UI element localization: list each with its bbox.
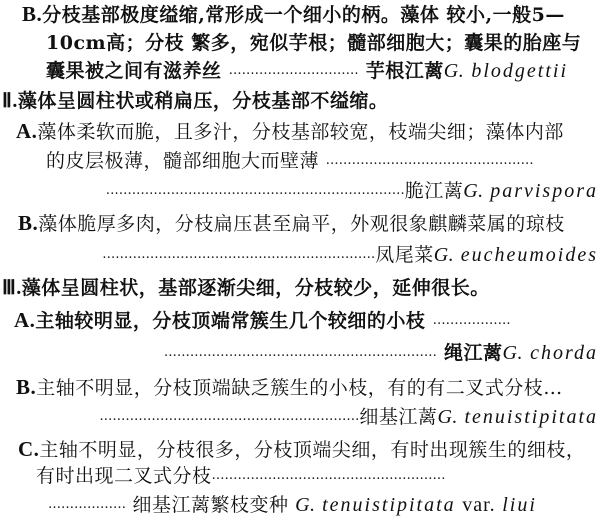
entry-marker: B.	[18, 211, 38, 235]
key-entry-a-chorda-line1: A.主轴较明显，分枝顶端常簇生几个较细的小枝 ………………	[14, 307, 511, 333]
genus-abbreviation: G.	[437, 406, 457, 428]
taxonomic-key-page: B.分枝基部极度缢缩,常形成一个细小的柄。藻体 较小,一般5— 10cm高；分枝…	[0, 0, 600, 519]
section-marker: Ⅱ.	[2, 90, 18, 112]
key-heading-iii: Ⅲ.藻体呈圆柱状，基部逐渐尖细，分枝较少，延伸很长。	[2, 275, 490, 301]
leader-dots: …………………………………………	[326, 153, 534, 168]
species-chinese-name: 脆江蓠	[405, 180, 464, 202]
entry-text: 藻体脆厚多肉，分枝扁压甚至扁平，外观很象麒麟菜属的琼枝	[38, 213, 565, 235]
leader-dots: …………………………	[229, 63, 359, 78]
entry-text: 分枝基部极度缢缩,常形成一个细小的柄。藻体 较小,一般5—	[42, 4, 565, 26]
entry-text: 囊果被之间有滋养丝	[46, 60, 222, 82]
entry-marker: B.	[16, 375, 36, 399]
entry-marker: C.	[18, 437, 39, 461]
entry-text: 主轴不明显，分枝顶端缺乏簇生的小枝，有的有二叉式分枝…	[36, 377, 563, 399]
genus-abbreviation: G.	[503, 342, 523, 364]
key-entry-a-parvispora-line3: ……………………………………………………………脆江蓠G. parvispora	[106, 178, 598, 204]
section-text: 藻体呈圆柱状，基部逐渐尖细，分枝较少，延伸很长。	[22, 277, 490, 299]
entry-text: 有时出现二叉式分枝	[36, 465, 212, 487]
entry-text: 藻体柔软而脆，且多汁，分枝基部较宽，枝端尖细；藻体内部	[37, 121, 564, 143]
leader-dots: ………………………………………………………	[102, 247, 375, 262]
leader-dots: ………………	[433, 313, 511, 328]
key-entry-b-eucheumoides-line2: ………………………………………………………凤尾菜G. eucheumoides	[102, 242, 598, 268]
leader-dots: ………………………………………………	[212, 468, 446, 483]
key-entry-c-liui-line3: ……………… 细基江蓠繁枝变种 G. tenuistipitata var. l…	[48, 492, 537, 518]
section-marker: Ⅲ.	[2, 277, 22, 299]
species-chinese-name: 细基江蓠	[359, 406, 437, 428]
species-chinese-name: 凤尾菜	[375, 244, 434, 266]
species-latin-name: parvispora	[490, 180, 598, 202]
key-heading-ii: Ⅱ.藻体呈圆柱状或稍扁压，分枝基部不缢缩。	[2, 88, 388, 114]
leader-dots: ………………………………………………………	[164, 345, 437, 360]
key-entry-c-liui-line1: C.主轴不明显，分枝很多，分枝顶端尖细，有时出现簇生的细枝，	[18, 436, 585, 462]
entry-text: 主轴不明显，分枝很多，分枝顶端尖细，有时出现簇生的细枝，	[39, 439, 585, 461]
genus-abbreviation: G.	[444, 60, 464, 82]
section-text: 藻体呈圆柱状或稍扁压，分枝基部不缢缩。	[18, 90, 389, 112]
genus-abbreviation: G.	[463, 180, 483, 202]
species-latin-name: chorda	[530, 342, 598, 364]
entry-text: 的皮层极薄，髓部细胞大而壁薄	[46, 150, 319, 172]
entry-marker: A.	[14, 308, 35, 332]
genus-abbreviation: G.	[295, 494, 315, 516]
key-entry-b-eucheumoides-line1: B.藻体脆厚多肉，分枝扁压甚至扁平，外观很象麒麟菜属的琼枝	[18, 210, 565, 236]
species-latin-name: tenuistipitata	[322, 494, 456, 516]
species-chinese-name: 细基江蓠繁枝变种	[133, 494, 289, 516]
entry-marker: A.	[16, 119, 37, 143]
species-latin-name: blodgettii	[471, 60, 568, 82]
key-entry-b-tenuistipitata-line2: ……………………………………………………细基江蓠G. tenuistipitat…	[99, 404, 598, 430]
species-chinese-name: 芋根江蓠	[366, 60, 444, 82]
entry-text: 主轴较明显，分枝顶端常簇生几个较细的小枝	[35, 310, 425, 332]
species-latin-name: tenuistipitata	[464, 406, 598, 428]
genus-abbreviation: G.	[434, 244, 454, 266]
key-entry-a-parvispora-line2: 的皮层极薄，髓部细胞大而壁薄 …………………………………………	[46, 148, 534, 174]
species-chinese-name: 绳江蓠	[444, 342, 503, 364]
variety-latin-name: liui	[502, 494, 537, 516]
key-entry-b-blodgettii-line2: 10cm高；分枝 繁多，宛似芋根；髓部细胞大；囊果的胎座与	[46, 30, 581, 56]
variety-label: var.	[462, 494, 495, 516]
key-entry-a-chorda-line2: ……………………………………………………… 绳江蓠G. chorda	[164, 340, 598, 366]
leader-dots: ………………	[48, 497, 126, 512]
key-entry-b-tenuistipitata-line1: B.主轴不明显，分枝顶端缺乏簇生的小枝，有的有二叉式分枝…	[16, 374, 563, 400]
leader-dots: ……………………………………………………	[99, 409, 359, 424]
entry-text: 10cm高；分枝 繁多，宛似芋根；髓部细胞大；囊果的胎座与	[46, 32, 581, 54]
key-entry-c-liui-line2: 有时出现二叉式分枝………………………………………………	[36, 463, 446, 489]
key-entry-b-blodgettii-line3: 囊果被之间有滋养丝 ………………………… 芋根江蓠G. blodgettii	[46, 58, 568, 84]
key-entry-a-parvispora-line1: A.藻体柔软而脆，且多汁，分枝基部较宽，枝端尖细；藻体内部	[16, 118, 564, 144]
entry-marker: B.	[22, 2, 42, 26]
key-entry-b-blodgettii-line1: B.分枝基部极度缢缩,常形成一个细小的柄。藻体 较小,一般5—	[22, 1, 565, 27]
species-latin-name: eucheumoides	[461, 244, 598, 266]
leader-dots: ……………………………………………………………	[106, 183, 405, 198]
